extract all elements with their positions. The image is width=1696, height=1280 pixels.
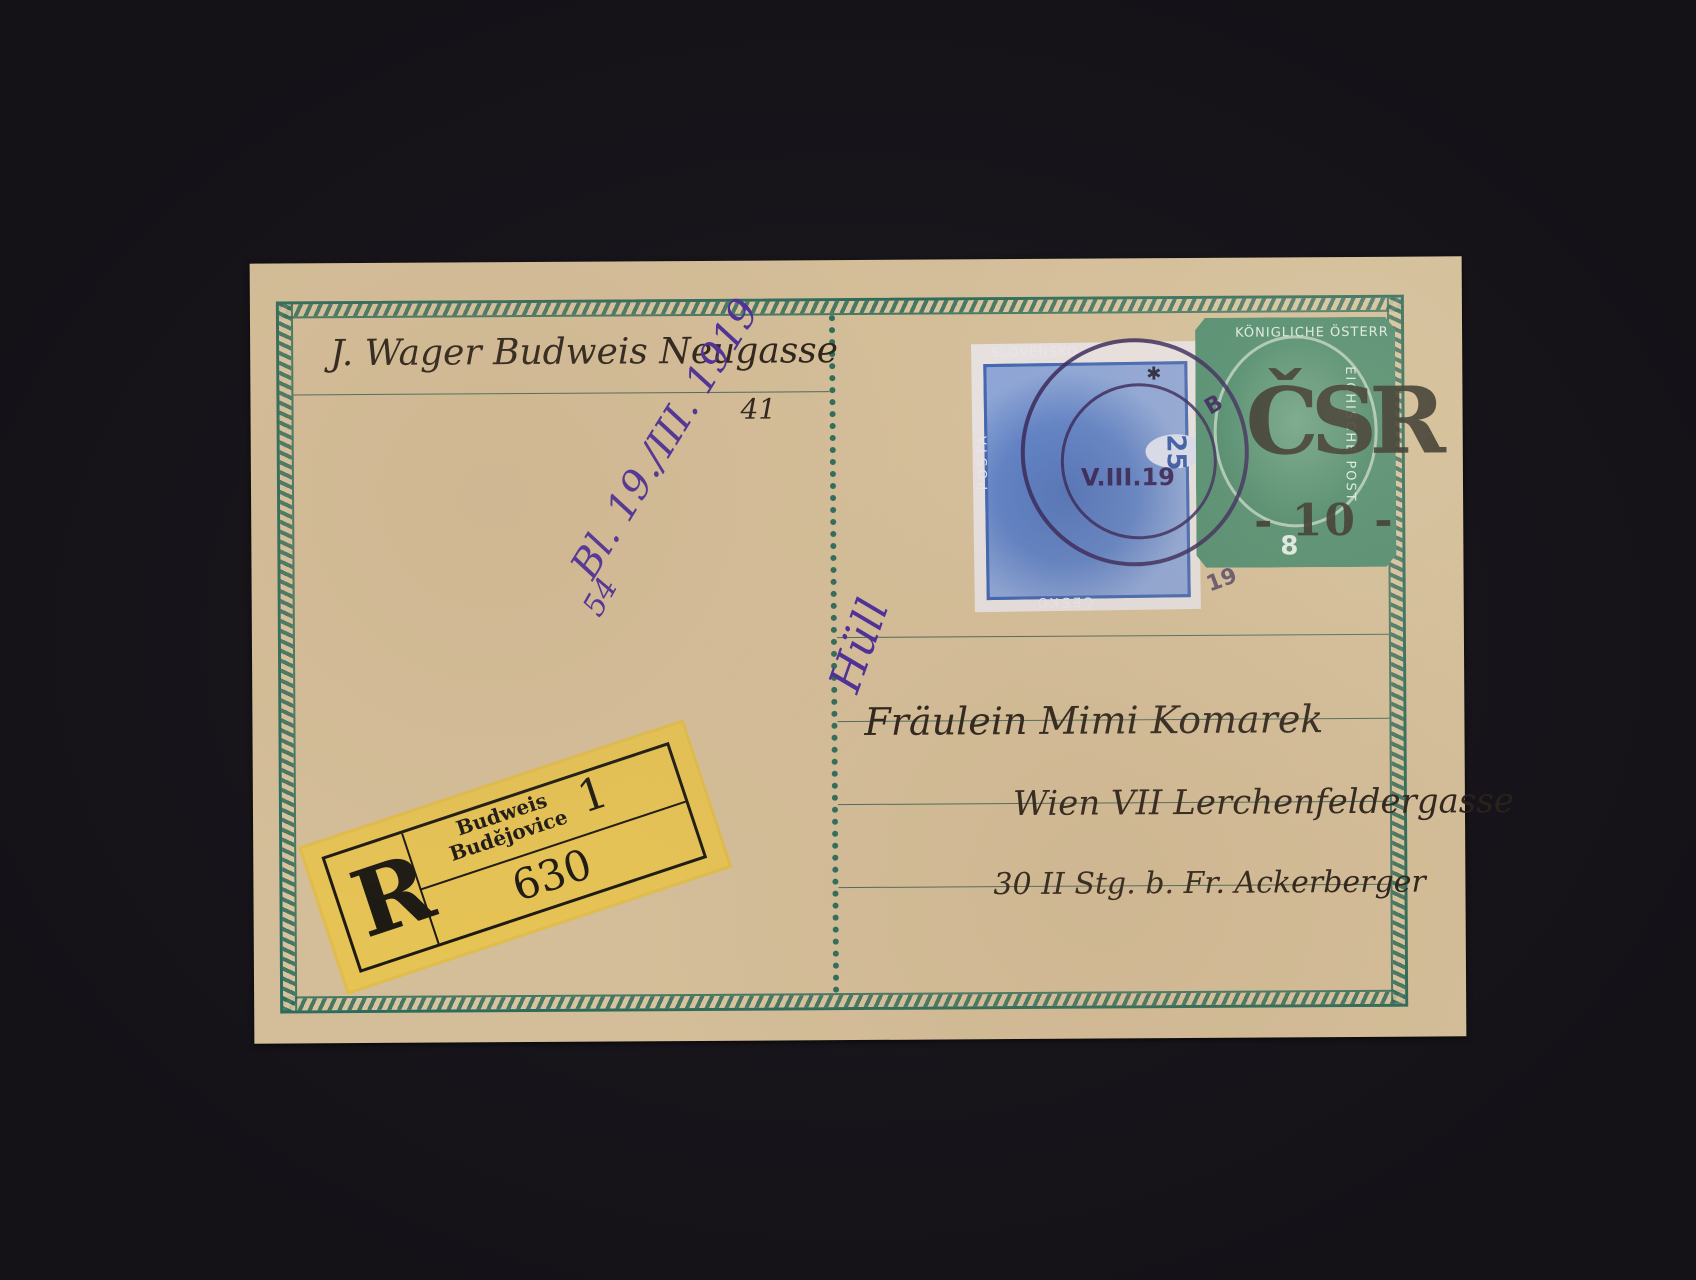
stamp-top-text: SLOVENSKO bbox=[991, 345, 1078, 361]
sender-house-number: 41 bbox=[740, 392, 776, 425]
csr-overprint: ČSR - 10 - bbox=[1245, 366, 1438, 475]
stamp-bottom-text: ČESKO bbox=[1035, 594, 1094, 610]
address-line-1: Fräulein Mimi Komarek bbox=[864, 697, 1323, 744]
postmark-date: V.III.19 bbox=[1081, 463, 1175, 492]
postcard: J. Wager Budweis Neugasse 41 SLOVENSKO P… bbox=[250, 256, 1467, 1043]
indicium-ring-text: KÖNIGLICHE ÖSTERR bbox=[1235, 325, 1389, 341]
postmark-inner-ring bbox=[1060, 383, 1217, 540]
label-r-letter: R bbox=[342, 840, 444, 951]
label-office-number: 1 bbox=[571, 766, 614, 823]
rope-border-bottom bbox=[283, 990, 1405, 1011]
rope-border-left bbox=[279, 304, 297, 1010]
label-r-cell: R bbox=[325, 833, 439, 969]
rope-border-top bbox=[279, 298, 1401, 319]
stamp-left-text: POSTA bbox=[975, 433, 991, 490]
address-line-3: 30 II Stg. b. Fr. Ackerberger bbox=[993, 865, 1426, 903]
sender-handwriting: J. Wager Budweis Neugasse bbox=[330, 330, 838, 374]
address-line-2: Wien VII Lerchenfeldergasse bbox=[1013, 781, 1514, 824]
label-registration-number: 630 bbox=[506, 839, 598, 911]
overprint-text: ČSR bbox=[1245, 366, 1438, 475]
address-rule-1 bbox=[837, 634, 1389, 638]
overprint-value: - 10 - bbox=[1254, 495, 1395, 547]
